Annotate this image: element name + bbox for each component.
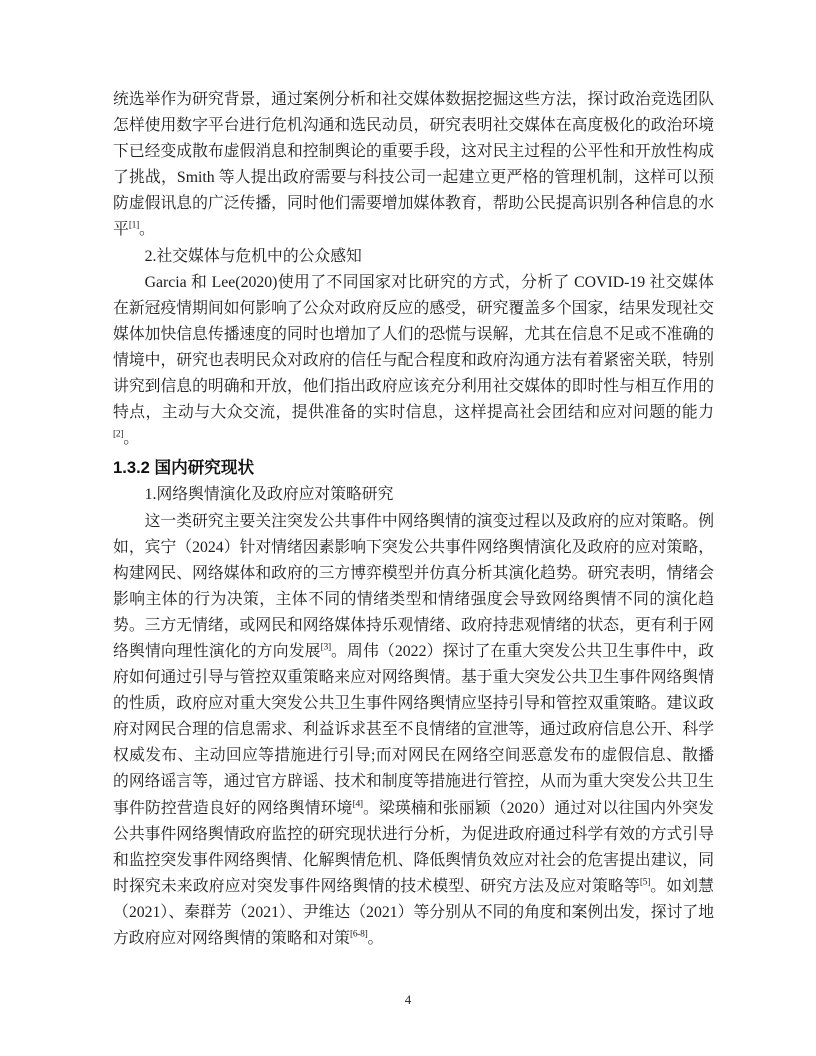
citation-marker-6-8: [6-8] [350, 930, 368, 940]
paragraph-text: 这一类研究主要关注突发公共事件中网络舆情的演变过程以及政府的应对策略。例如，宾宁… [113, 513, 714, 660]
citation-marker-5: [5] [640, 878, 650, 888]
page-number: 4 [0, 992, 816, 1008]
paragraph-text: 统选举作为研究背景，通过案例分析和社交媒体数据挖掘这些方法，探讨政治竞选团队怎样… [113, 91, 714, 238]
citation-marker-4: [4] [353, 799, 363, 809]
paragraph-text: 。 [139, 221, 155, 238]
subsection-item-label: 1.网络舆情演化及政府应对策略研究 [145, 486, 394, 503]
section-heading-1-3-2: 1.3.2 国内研究现状 [113, 455, 714, 481]
document-page: 统选举作为研究背景，通过案例分析和社交媒体数据挖掘这些方法，探讨政治竞选团队怎样… [0, 0, 816, 1056]
subsection-item-2: 2.社交媒体与危机中的公众感知 [113, 244, 714, 270]
citation-marker-1: [1] [129, 221, 139, 231]
paragraph-text: Garcia 和 Lee(2020)使用了不同国家对比研究的方式，分析了 COV… [113, 274, 714, 421]
paragraph-continuation: 统选举作为研究背景，通过案例分析和社交媒体数据挖掘这些方法，探讨政治竞选团队怎样… [113, 87, 714, 244]
paragraph-text: 。 [123, 430, 139, 447]
citation-marker-2: [2] [113, 430, 123, 440]
page-content: 统选举作为研究背景，通过案例分析和社交媒体数据挖掘这些方法，探讨政治竞选团队怎样… [113, 87, 714, 952]
paragraph-text: 。周伟（2022）探讨了在重大突发公共卫生事件中，政府如何通过引导与管控双重策略… [113, 643, 714, 817]
subsection-item-1: 1.网络舆情演化及政府应对策略研究 [113, 482, 714, 508]
paragraph-domestic-research: 这一类研究主要关注突发公共事件中网络舆情的演变过程以及政府的应对策略。例如，宾宁… [113, 509, 714, 953]
subsection-item-label: 2.社交媒体与危机中的公众感知 [145, 248, 362, 265]
citation-marker-3: [3] [321, 643, 331, 653]
paragraph-garcia-lee: Garcia 和 Lee(2020)使用了不同国家对比研究的方式，分析了 COV… [113, 270, 714, 453]
paragraph-text: 。 [367, 930, 383, 947]
